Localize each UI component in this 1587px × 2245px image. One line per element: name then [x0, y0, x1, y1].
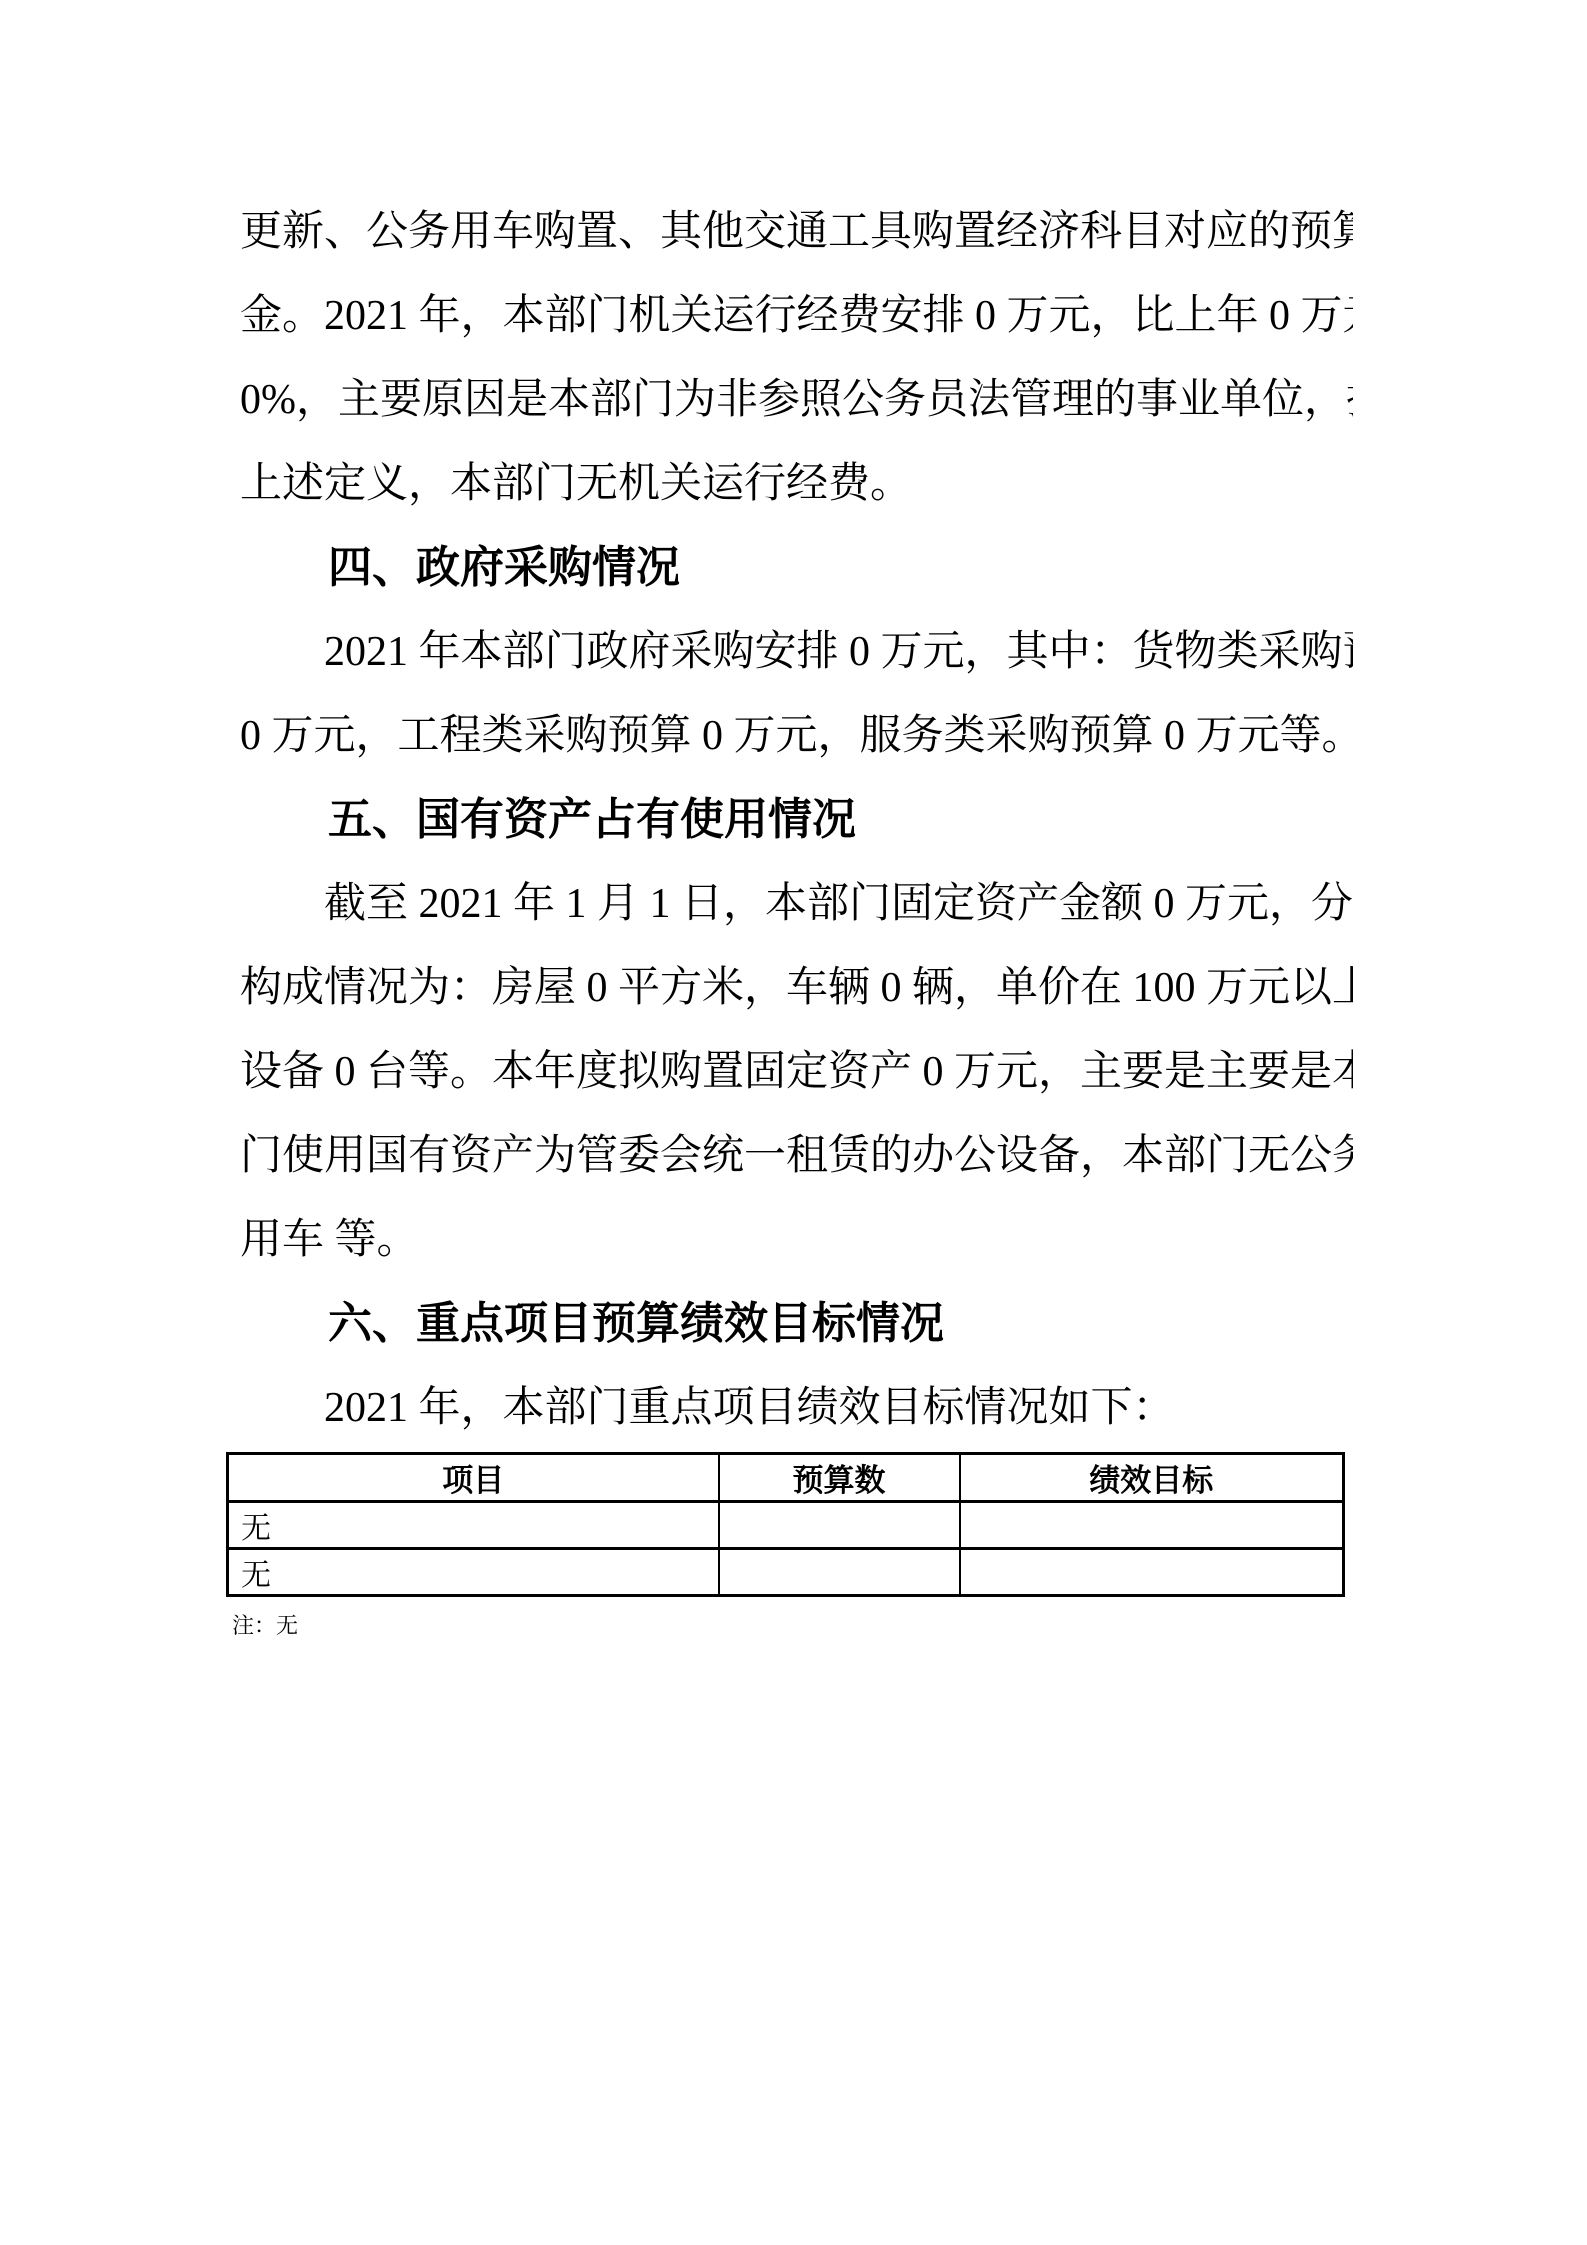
- para1-line2: 金。2021 年，本部门机关运行经费安排 0 万元，比上年 0 万元，: [240, 274, 1353, 358]
- para1-line3: 0%，主要原因是本部门为非参照公务员法管理的事业单位，按照: [240, 358, 1353, 442]
- para1-line1: 更新、公务用车购置、其他交通工具购置经济科目对应的预算资: [240, 190, 1353, 274]
- table-header-performance-target: 绩效目标: [960, 1454, 1344, 1502]
- table-cell-project: 无: [228, 1549, 719, 1596]
- table-cell-budget: [719, 1502, 960, 1549]
- table-cell-performance-target: [960, 1502, 1344, 1549]
- table-cell-budget: [719, 1549, 960, 1596]
- table-cell-performance-target: [960, 1549, 1344, 1596]
- section-heading-state-assets: 五、国有资产占有使用情况: [240, 778, 1353, 862]
- table-row: 无: [228, 1502, 1344, 1549]
- para2-line2: 0 万元，工程类采购预算 0 万元，服务类采购预算 0 万元等。: [240, 694, 1353, 778]
- section-heading-procurement: 四、政府采购情况: [240, 526, 1353, 610]
- section-heading-key-projects: 六、重点项目预算绩效目标情况: [240, 1282, 1353, 1366]
- table-header-budget: 预算数: [719, 1454, 960, 1502]
- para3-line4: 门使用国有资产为管委会统一租赁的办公设备，本部门无公务: [240, 1114, 1353, 1198]
- table-cell-project: 无: [228, 1502, 719, 1549]
- para2-line1: 2021 年本部门政府采购安排 0 万元，其中：货物类采购预算: [240, 610, 1353, 694]
- table-header-row: 项目 预算数 绩效目标: [228, 1454, 1344, 1502]
- performance-targets-table: 项目 预算数 绩效目标 无 无: [226, 1452, 1345, 1597]
- para3-line2: 构成情况为：房屋 0 平方米，车辆 0 辆，单价在 100 万元以上的: [240, 946, 1353, 1030]
- table-footnote: 注：无: [232, 1611, 1353, 1641]
- para3-line3: 设备 0 台等。本年度拟购置固定资产 0 万元，主要是主要是本部: [240, 1030, 1353, 1114]
- para3-line5: 用车 等。: [240, 1198, 1353, 1282]
- table-row: 无: [228, 1549, 1344, 1596]
- para3-line1: 截至 2021 年 1 月 1 日，本部门固定资产金额 0 万元，分布: [240, 862, 1353, 946]
- document-content: 更新、公务用车购置、其他交通工具购置经济科目对应的预算资 金。2021 年，本部…: [240, 190, 1353, 1641]
- para1-line4: 上述定义，本部门无机关运行经费。: [240, 442, 1353, 526]
- document-page: 更新、公务用车购置、其他交通工具购置经济科目对应的预算资 金。2021 年，本部…: [0, 0, 1587, 2245]
- para4-line1: 2021 年，本部门重点项目绩效目标情况如下：: [240, 1366, 1353, 1450]
- table-header-project: 项目: [228, 1454, 719, 1502]
